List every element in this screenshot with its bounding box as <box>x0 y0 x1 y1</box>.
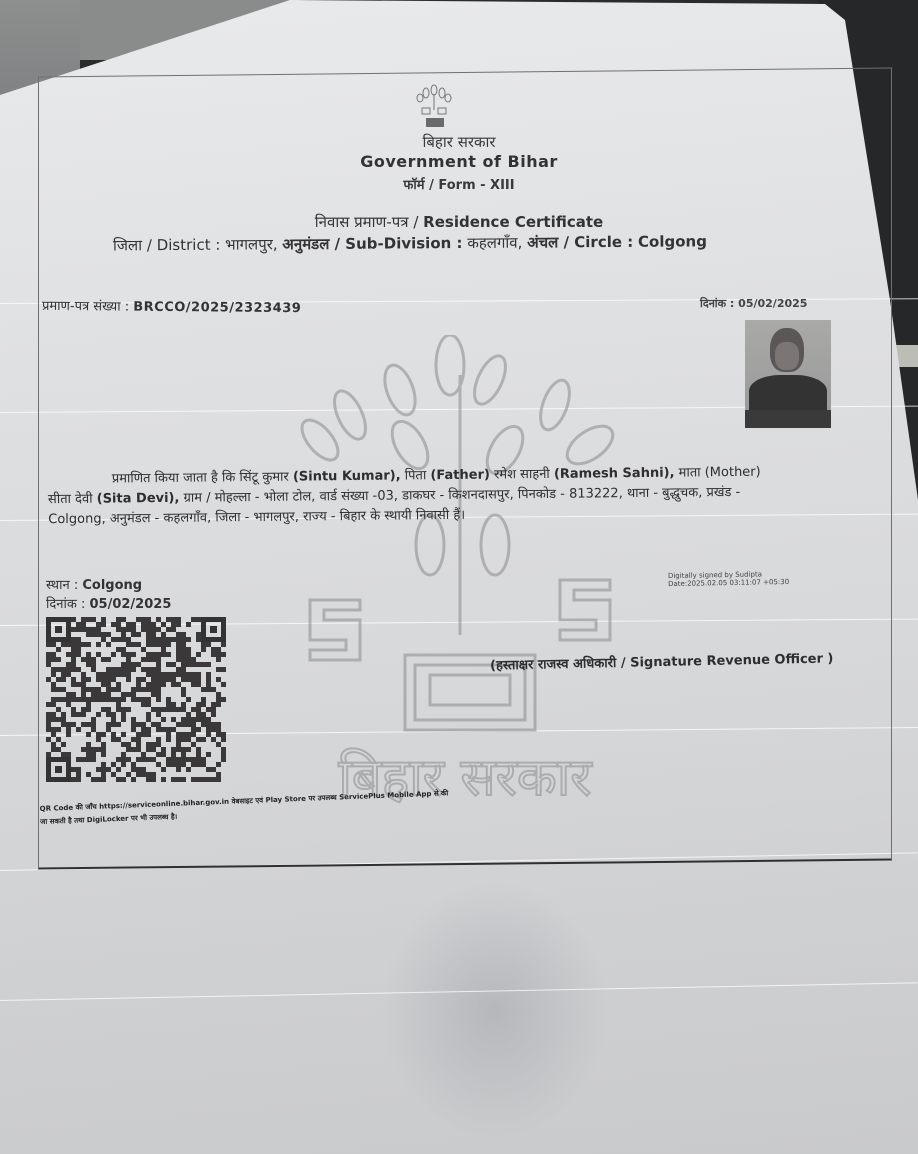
place-value: Colgong <box>82 578 142 593</box>
government-title-hindi: बिहार सरकार <box>0 132 918 152</box>
issue-date: दिनांक : 05/02/2025 <box>46 594 171 612</box>
bihar-seal-watermark-icon: बिहार सरकार <box>290 335 630 805</box>
place-label: स्थान : <box>46 578 78 593</box>
certificate-title-hindi: निवास प्रमाण-पत्र <box>315 213 409 231</box>
certificate-date: दिनांक : 05/02/2025 <box>700 296 807 311</box>
circle-value: Colgong <box>638 232 707 250</box>
holder-name: (Sintu Kumar), <box>293 468 401 484</box>
address-text: ग्राम / मोहल्ला - भोला टोल, वार्ड संख्या… <box>183 485 740 506</box>
certificate-number: प्रमाण-पत्र संख्या : BRCCO/2025/2323439 <box>42 296 301 316</box>
certificate-number-value: BRCCO/2025/2323439 <box>133 300 301 316</box>
father-name: (Ramesh Sahni), <box>554 466 675 482</box>
paper-shadow <box>380 880 610 1140</box>
certificate-title: निवास प्रमाण-पत्र / Residence Certificat… <box>0 212 918 232</box>
father-label: (Father) <box>430 468 490 484</box>
mother-name-hindi: सीता देवी <box>48 492 93 507</box>
circle-label: अंचल / Circle : <box>527 233 633 252</box>
certificate-number-label: प्रमाण-पत्र संख्या : <box>42 299 129 315</box>
subdivision-value: कहलगाँव, <box>467 234 522 252</box>
certificate-title-english: Residence Certificate <box>423 213 603 231</box>
father-prefix: पिता <box>405 468 427 483</box>
subdivision-label: अनुमंडल / Sub-Division : <box>282 234 462 253</box>
bihar-emblem-icon <box>404 80 464 130</box>
applicant-photo <box>745 320 831 428</box>
father-name-hindi: रमेश साहनी <box>494 467 550 483</box>
district-label: जिला / District : <box>113 236 220 255</box>
certify-text: प्रमाणित किया जाता है कि सिंटू कुमार <box>112 470 289 487</box>
issue-date-label: दिनांक : <box>46 597 85 612</box>
certificate-body: प्रमाणित किया जाता है कि सिंटू कुमार (Si… <box>48 462 849 530</box>
government-title-english: Government of Bihar <box>0 152 918 171</box>
form-number: फॉर्म / Form - XIII <box>0 175 918 193</box>
place: स्थान : Colgong <box>46 575 142 593</box>
issue-date-value: 05/02/2025 <box>90 597 172 612</box>
background-object <box>896 345 918 367</box>
certificate-date-label: दिनांक : <box>700 297 734 310</box>
mother-label: माता (Mother) <box>679 465 761 481</box>
certificate-date-value: 05/02/2025 <box>738 297 807 310</box>
mother-name: (Sita Devi), <box>97 491 180 507</box>
district-value: भागलपुर, <box>225 235 278 253</box>
qr-code-icon[interactable] <box>46 617 226 782</box>
digital-signature: Digitally signed by Sudipta Date:2025.02… <box>668 570 789 588</box>
